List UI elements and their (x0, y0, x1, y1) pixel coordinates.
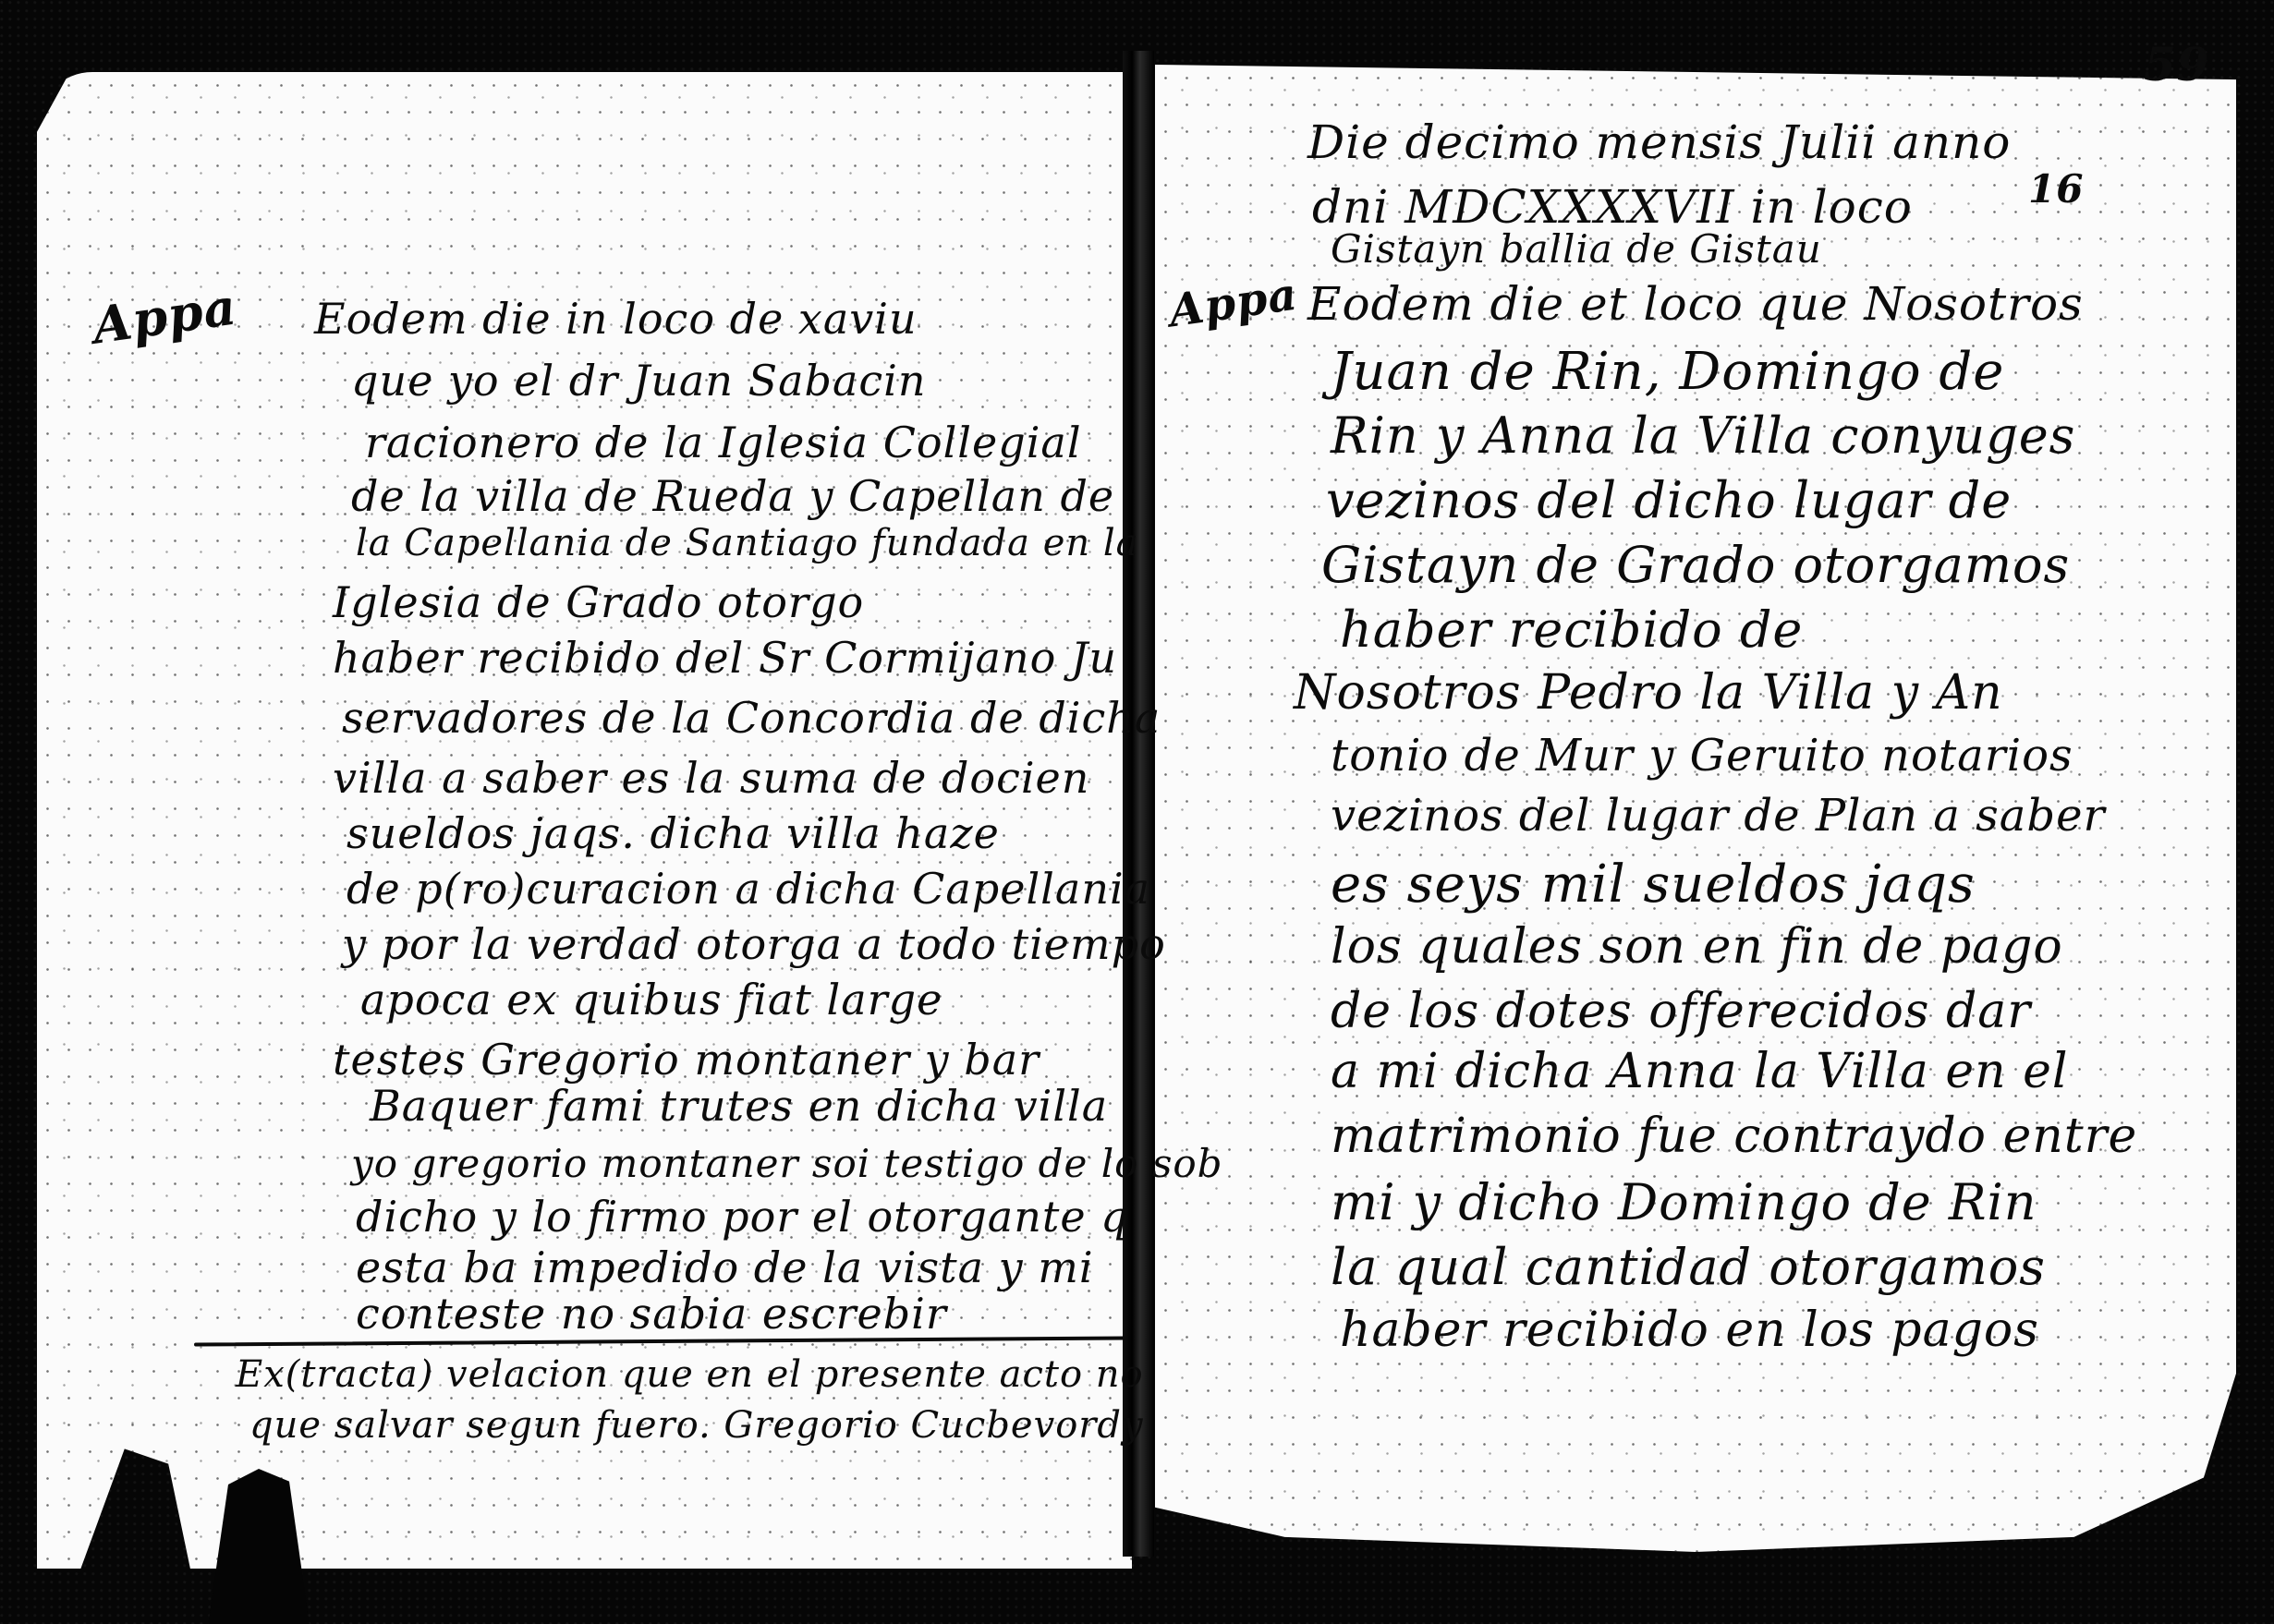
right-header-line-1: Die decimo mensis Julii anno (1307, 115, 2011, 169)
right-line-16: la qual cantidad otorgamos (1331, 1238, 2046, 1296)
right-line-2: Juan de Rin, Domingo de (1331, 342, 2004, 402)
right-line-7: Nosotros Pedro la Villa y An (1294, 665, 2003, 721)
left-footnote-1: Ex(tracta) velacion que en el presente a… (236, 1353, 1144, 1396)
left-line-18: esta ba impedido de la vista y mi (356, 1242, 1094, 1292)
left-line-13: apoca ex quibus fiat large (360, 975, 942, 1024)
left-line-7: haber recibido del Sr Cormijano Ju (333, 633, 1117, 683)
right-line-14: matrimonio fue contraydo entre (1331, 1109, 2137, 1164)
right-line-11: los quales son en fin de pago (1331, 919, 2063, 975)
left-line-2: que yo el dr Juan Sabacin (351, 356, 926, 406)
left-line-16: yo gregorio montaner soi testigo de lo s… (351, 1141, 1223, 1186)
right-line-5: Gistayn de Grado otorgamos (1321, 536, 2070, 594)
right-line-12: de los dotes offerecidos dar (1331, 984, 2031, 1039)
left-line-19: conteste no sabia escrebir (356, 1289, 947, 1339)
left-line-11: de p(ro)curacion a dicha Capellania (347, 864, 1150, 914)
folio-number: 59 (2144, 37, 2210, 91)
left-line-1: Eodem die in loco de xaviu (314, 294, 918, 344)
left-line-5: la Capellania de Santiago fundada en la (356, 522, 1139, 564)
right-header-line-3: Gistayn ballia de Gistau (1331, 226, 1822, 272)
left-line-8: servadores de la Concordia de dicha (342, 693, 1161, 743)
book-gutter (1123, 51, 1154, 1557)
left-line-17: dicho y lo firmo por el otorgante q (356, 1192, 1129, 1242)
right-line-8: tonio de Mur y Geruito notarios (1331, 730, 2073, 782)
right-line-6: haber recibido de (1340, 600, 1803, 659)
left-line-15: Baquer fami trutes en dicha villa (370, 1081, 1108, 1131)
right-line-13: a mi dicha Anna la Villa en el (1331, 1044, 2069, 1099)
left-line-3: racionero de la Iglesia Collegial (365, 418, 1082, 467)
left-footnote-2: que salvar segun fuero. Gregorio Cucbevo… (249, 1404, 1144, 1447)
right-line-10: es seys mil sueldos jaqs (1331, 854, 1976, 915)
left-line-4: de la villa de Rueda y Capellan de (351, 471, 1114, 521)
right-line-3: Rin y Anna la Villa conyuges (1331, 406, 2075, 465)
right-line-15: mi y dicho Domingo de Rin (1331, 1173, 2037, 1231)
right-line-1: Eodem die et loco que Nosotros (1307, 277, 2084, 331)
header-year: 16 (2028, 166, 2084, 212)
left-line-12: y por la verdad otorga a todo tiempo (342, 919, 1166, 969)
right-line-4: vezinos del dicho lugar de (1326, 471, 2012, 529)
left-line-6: Iglesia de Grado otorgo (333, 577, 864, 627)
left-line-14: testes Gregorio montaner y bar (333, 1035, 1040, 1085)
right-line-9: vezinos del lugar de Plan a saber (1331, 790, 2105, 842)
left-line-9: villa a saber es la suma de docien (333, 753, 1089, 803)
right-line-17: haber recibido en los pagos (1340, 1303, 2039, 1358)
left-line-10: sueldos jaqs. dicha villa haze (347, 808, 1000, 858)
